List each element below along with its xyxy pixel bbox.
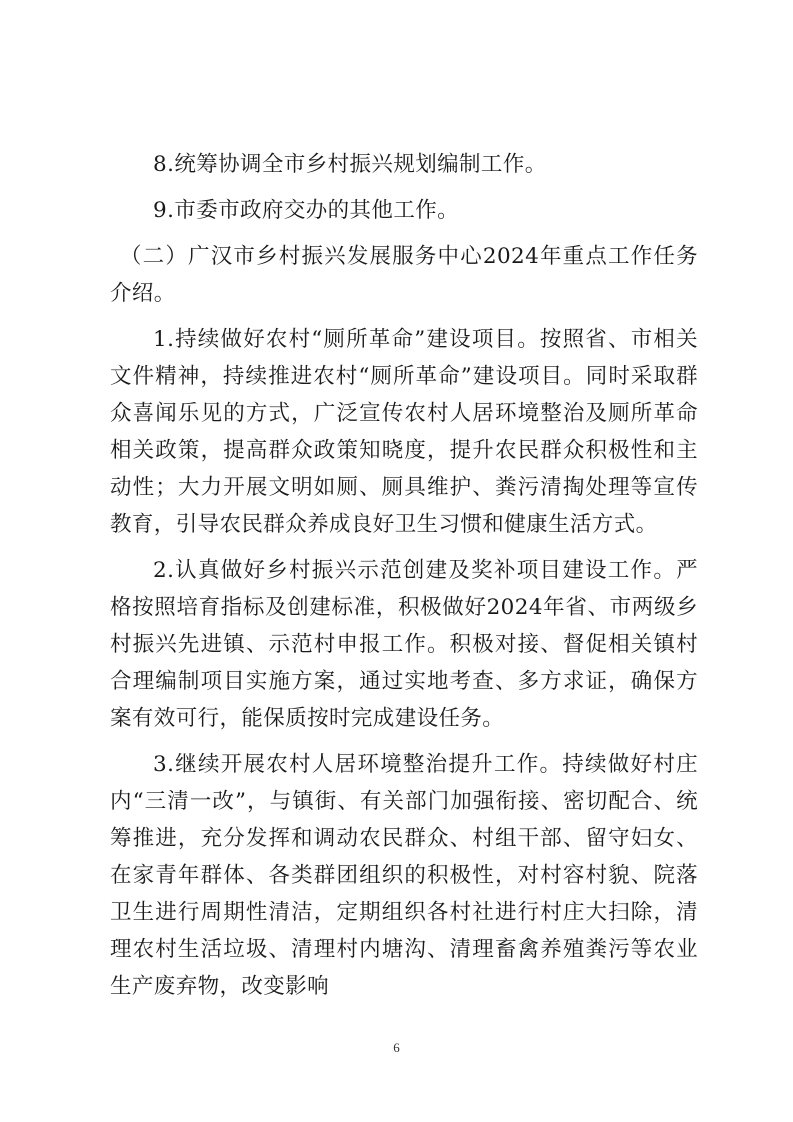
list-item-8: 8.统筹协调全市乡村振兴规划编制工作。	[110, 146, 698, 183]
section-heading: （二）广汉市乡村振兴发展服务中心2024年重点工作任务介绍。	[110, 238, 698, 312]
task-paragraph-1: 1.持续做好农村“厕所革命”建设项目。按照省、市相关文件精神，持续推进农村“厕所…	[110, 321, 698, 543]
document-page: 8.统筹协调全市乡村振兴规划编制工作。 9.市委市政府交办的其他工作。 （二）广…	[110, 146, 698, 1014]
page-number: 6	[0, 1040, 793, 1056]
list-item-9: 9.市委市政府交办的其他工作。	[110, 192, 698, 229]
task-paragraph-3: 3.继续开展农村人居环境整治提升工作。持续做好村庄内“三清一改”，与镇街、有关部…	[110, 746, 698, 1005]
task-paragraph-2: 2.认真做好乡村振兴示范创建及奖补项目建设工作。严格按照培育指标及创建标准，积极…	[110, 552, 698, 737]
